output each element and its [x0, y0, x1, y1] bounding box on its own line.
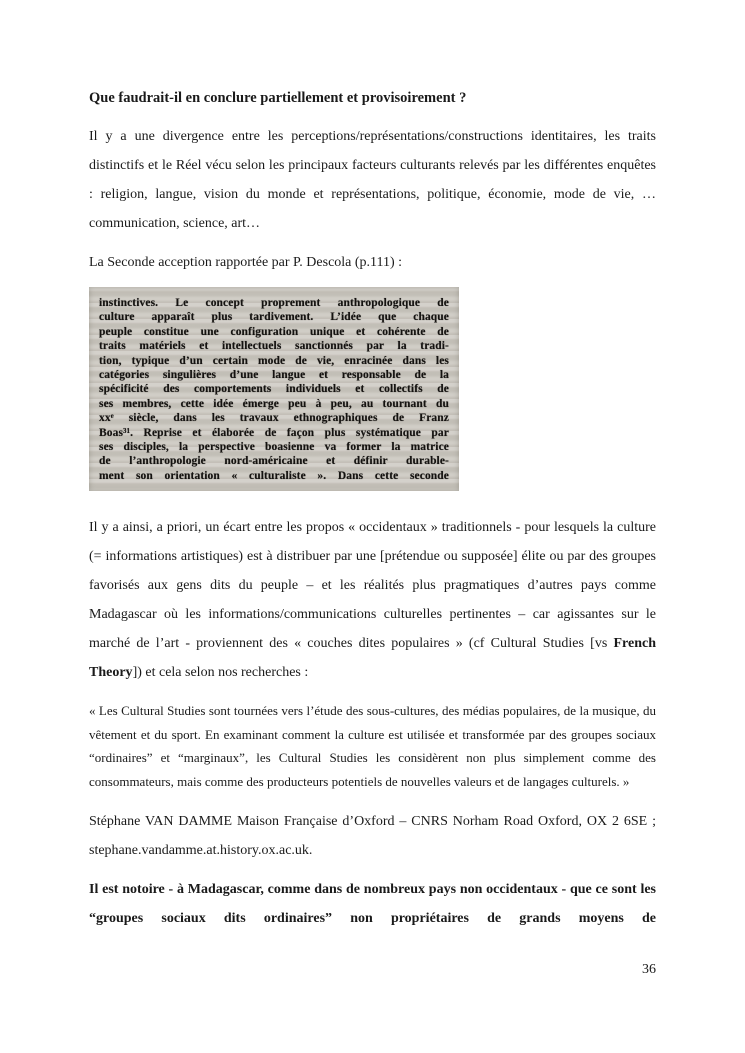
- section-heading: Que faudrait-il en conclure partiellemen…: [89, 88, 656, 108]
- scan-line: spécificité des comportements individuel…: [99, 382, 449, 396]
- paragraph-descola-intro: La Seconde acception rapportée par P. De…: [89, 248, 656, 277]
- scan-line: xxᵉ siècle, dans les travaux ethnographi…: [99, 411, 449, 425]
- scan-line: ment son orientation « culturaliste ». D…: [99, 469, 449, 483]
- scan-line: catégories singulières d’une langue et r…: [99, 368, 449, 382]
- document-page: Que faudrait-il en conclure partiellemen…: [0, 0, 745, 1053]
- scan-line: ses disciples, la perspective boasienne …: [99, 440, 449, 454]
- page-number: 36: [642, 962, 656, 978]
- scan-line: traits matériels et intellectuels sancti…: [99, 339, 449, 353]
- paragraph-ecart: Il y a ainsi, a priori, un écart entre l…: [89, 513, 656, 687]
- scan-line: instinctives. Le concept proprement anth…: [99, 296, 449, 310]
- scan-line: tion, typique d’un certain mode de vie, …: [99, 354, 449, 368]
- cultural-studies-quote: « Les Cultural Studies sont tournées ver…: [89, 699, 656, 793]
- scan-line: de l’anthropologie nord-américaine et dé…: [99, 454, 449, 468]
- paragraph-ecart-tail: ]) et cela selon nos recherches :: [133, 665, 309, 680]
- scan-line: ses membres, cette idée émerge peu à peu…: [99, 397, 449, 411]
- scanned-book-excerpt: instinctives. Le concept proprement anth…: [89, 287, 459, 491]
- scan-line: Boas³¹. Reprise et élaborée de façon plu…: [99, 426, 449, 440]
- paragraph-ecart-text: Il y a ainsi, a priori, un écart entre l…: [89, 520, 656, 651]
- paragraph-divergence: Il y a une divergence entre les percepti…: [89, 122, 656, 238]
- paragraph-vandamme: Stéphane VAN DAMME Maison Française d’Ox…: [89, 807, 656, 865]
- paragraph-notoire: Il est notoire - à Madagascar, comme dan…: [89, 875, 656, 933]
- scan-line: peuple constitue une configuration uniqu…: [99, 325, 449, 339]
- scan-line: culture apparaît plus tardivement. L’idé…: [99, 310, 449, 324]
